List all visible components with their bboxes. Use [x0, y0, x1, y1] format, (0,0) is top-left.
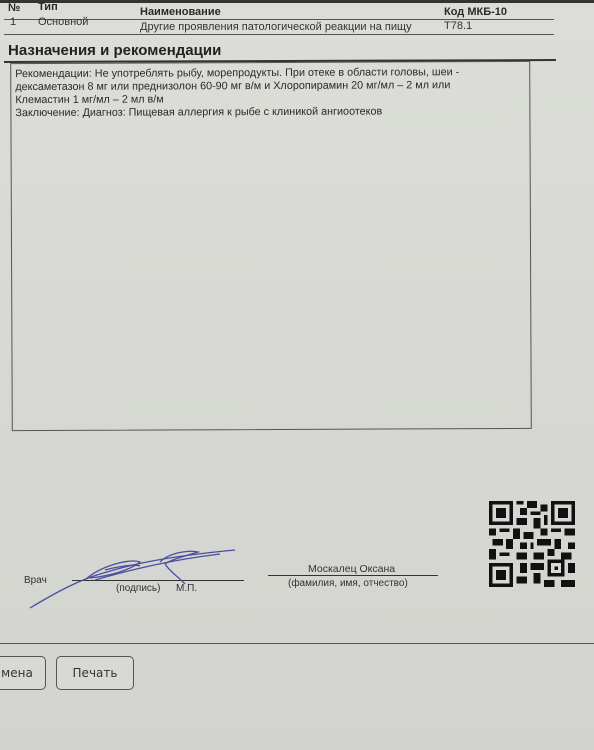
- name-line: [268, 575, 438, 576]
- document-page: № Тип Наименование Код МКБ-10 1 Основной…: [0, 0, 594, 750]
- table-top-border: [0, 0, 594, 3]
- col-header-type: Тип: [38, 1, 58, 13]
- row-number: 1: [10, 16, 16, 28]
- col-header-name: Наименование: [140, 6, 221, 18]
- qr-code-icon: [488, 501, 576, 587]
- recommendations-box: Рекомендации: Не употреблять рыбу, мореп…: [10, 61, 532, 431]
- col-header-code: Код МКБ-10: [444, 6, 507, 18]
- row-name: Другие проявления патологической реакции…: [140, 21, 412, 33]
- table-row-divider: [4, 34, 554, 35]
- handwritten-signature-icon: [20, 540, 240, 610]
- name-caption: (фамилия, имя, отчество): [288, 578, 408, 589]
- row-code: T78.1: [444, 20, 472, 32]
- row-type: Основной: [38, 16, 88, 28]
- cancel-button[interactable]: мена: [0, 656, 46, 690]
- col-header-number: №: [8, 2, 20, 14]
- print-button[interactable]: Печать: [56, 656, 134, 690]
- footer-divider: [0, 643, 594, 644]
- doctor-name: Москалец Оксана: [308, 563, 395, 575]
- recommendations-text: Рекомендации: Не употреблять рыбу, мореп…: [15, 66, 520, 120]
- section-title: Назначения и рекомендации: [8, 42, 221, 59]
